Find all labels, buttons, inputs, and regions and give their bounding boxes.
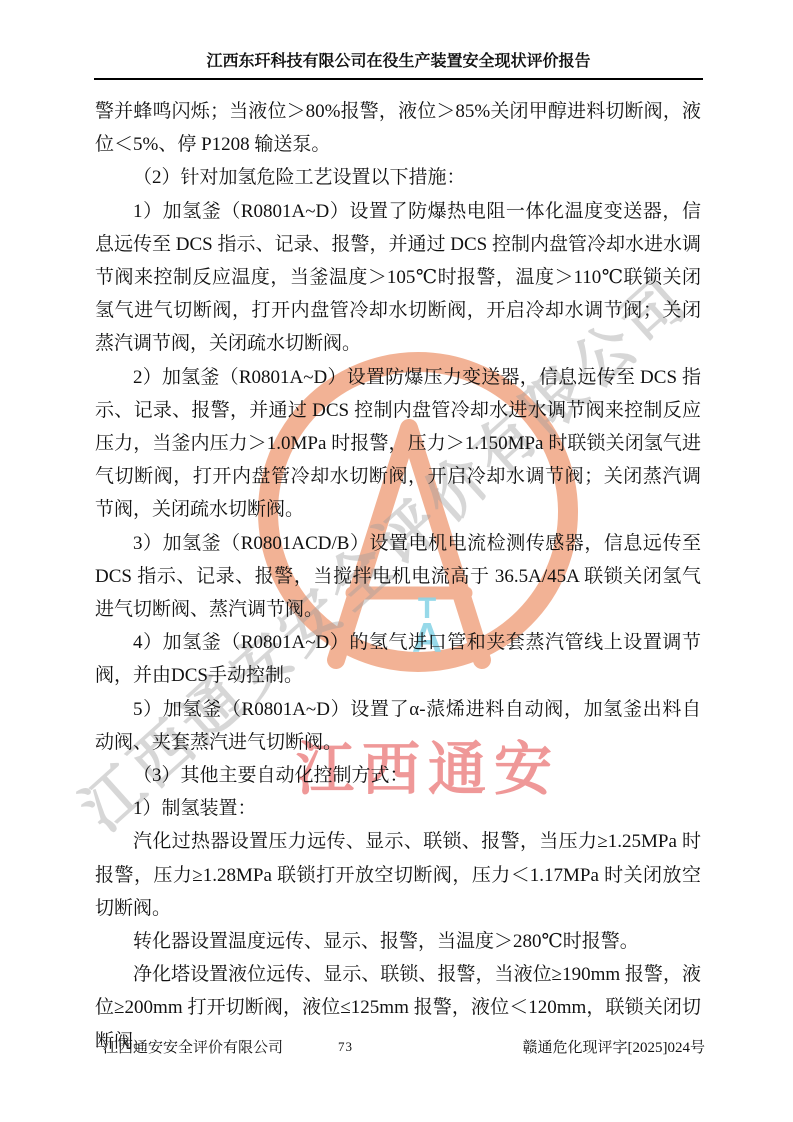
paragraph: 2）加氢釜（R0801A~D）设置防爆压力变送器，信息远传至 DCS 指示、记录… xyxy=(95,361,701,527)
footer-page-number: 73 xyxy=(338,1039,353,1055)
footer-doc-number: 赣通危化现评字[2025]024号 xyxy=(523,1036,706,1057)
paragraph: （2）针对加氢危险工艺设置以下措施： xyxy=(95,161,701,194)
document-body: 警并蜂鸣闪烁；当液位＞80%报警，液位＞85%关闭甲醇进料切断阀，液位＜5%、停… xyxy=(95,95,701,1058)
paragraph: 汽化过热器设置压力远传、显示、联锁、报警，当压力≥1.25MPa 时报警，压力≥… xyxy=(95,825,701,925)
report-page: T A 江西通安安全评价有限公司 江西通安 江西东玕科技有限公司在役生产装置安全… xyxy=(0,0,793,1122)
report-header-title: 江西东玕科技有限公司在役生产装置安全现状评价报告 xyxy=(94,50,703,80)
paragraph: 3）加氢釜（R0801ACD/B）设置电机电流检测传感器，信息远传至 DCS 指… xyxy=(95,527,701,627)
paragraph: 5）加氢釜（R0801A~D）设置了α-蒎烯进料自动阀，加氢釜出料自动阀、夹套蒸… xyxy=(95,693,701,759)
paragraph: 4）加氢釜（R0801A~D）的氢气进口管和夹套蒸汽管线上设置调节阀，并由DCS… xyxy=(95,626,701,692)
paragraph: 转化器设置温度远传、显示、报警，当温度＞280℃时报警。 xyxy=(95,925,701,958)
paragraph: 1）加氢釜（R0801A~D）设置了防爆热电阻一体化温度变送器，信息远传至 DC… xyxy=(95,195,701,361)
paragraph: （3）其他主要自动化控制方式： xyxy=(95,759,701,792)
paragraph: 1）制氢装置： xyxy=(95,792,701,825)
paragraph: 警并蜂鸣闪烁；当液位＞80%报警，液位＞85%关闭甲醇进料切断阀，液位＜5%、停… xyxy=(95,95,701,161)
footer-company: 江西通安安全评价有限公司 xyxy=(103,1036,283,1057)
